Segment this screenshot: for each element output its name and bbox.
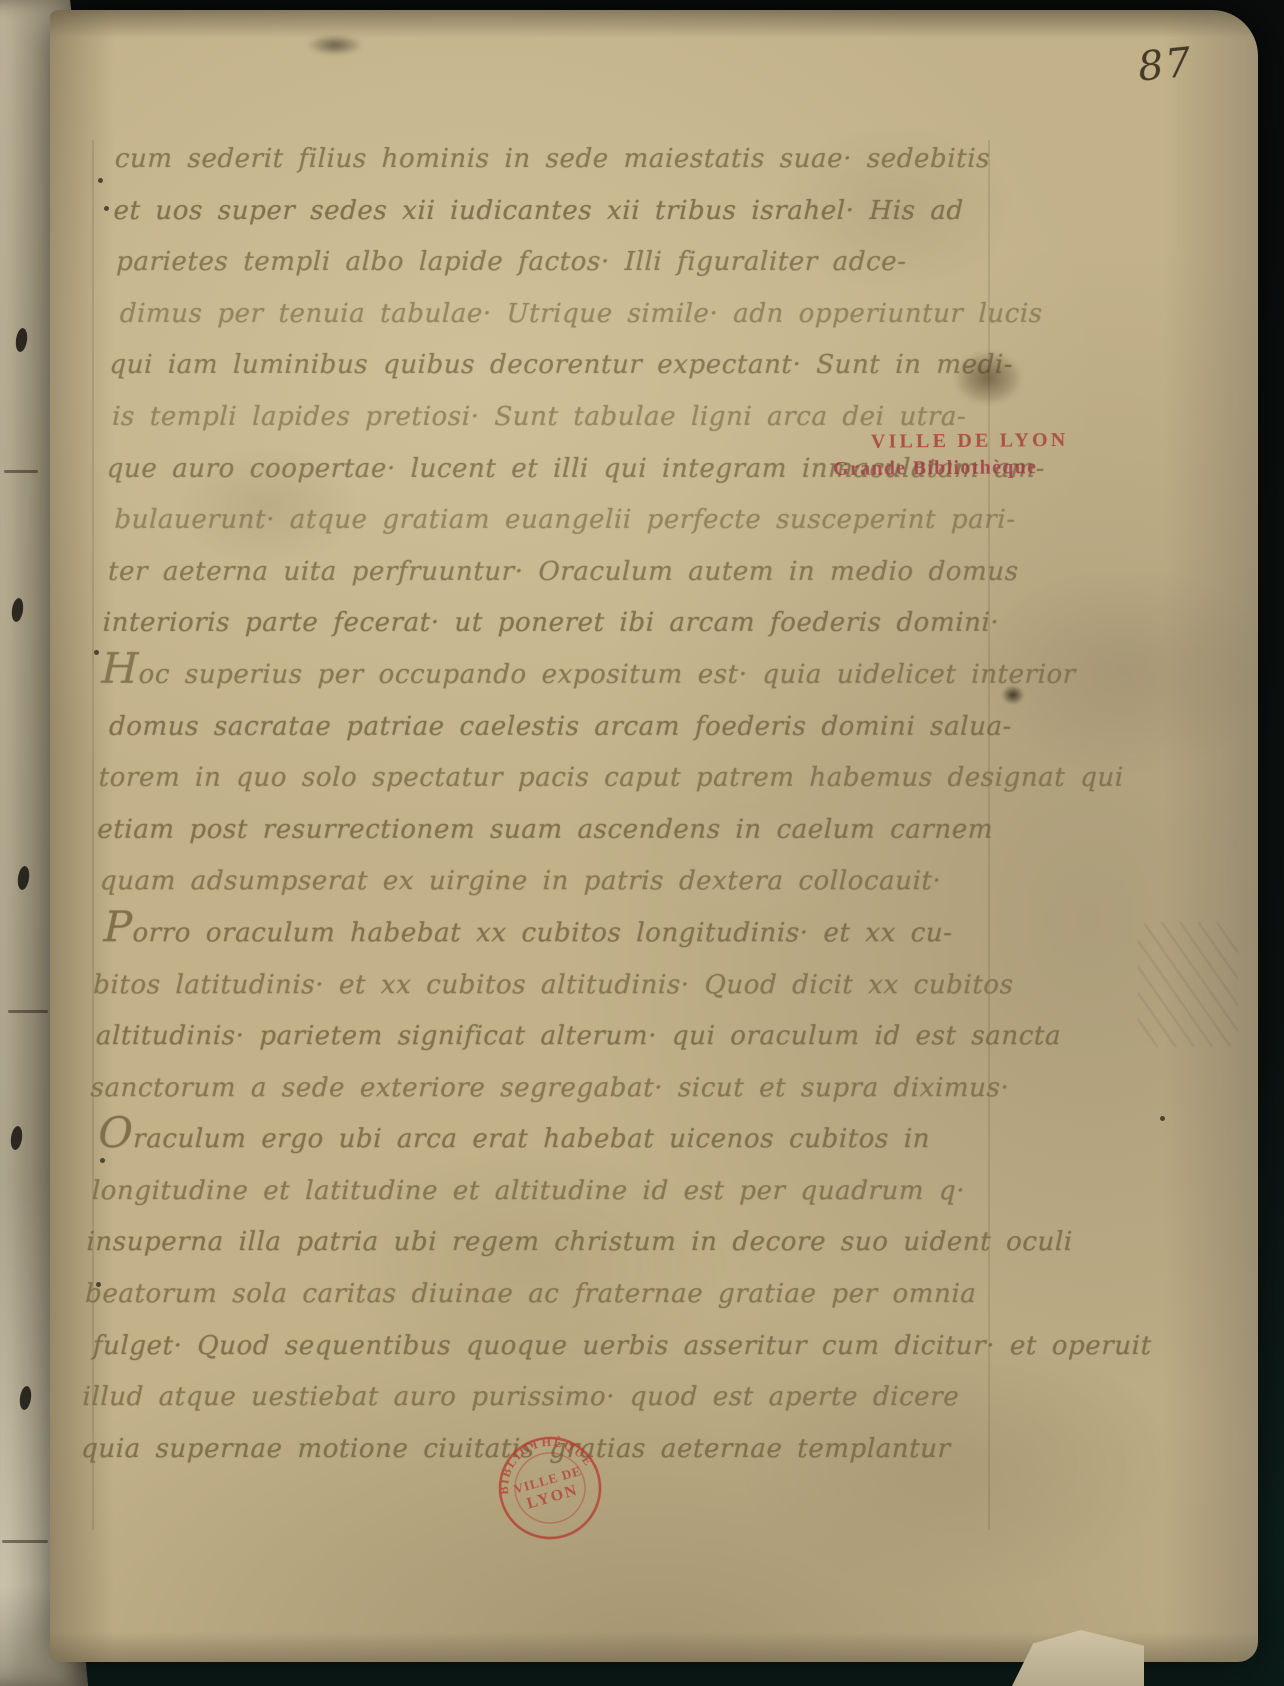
text-line: ter aeterna uita perfruuntur· Oraculum a…	[103, 547, 990, 599]
stitch-hole	[18, 1385, 32, 1410]
stitch-hole	[16, 865, 30, 890]
text-line: domus sacratae patriae caelestis arcam f…	[99, 702, 986, 754]
margin-pen-trials	[1138, 922, 1238, 1047]
text-line: quam adsumpserat ex uirgine in patris de…	[95, 856, 982, 908]
speck	[100, 1158, 105, 1163]
library-stamp-name: Grande Bibliothèque	[833, 456, 1069, 481]
speck	[96, 1282, 101, 1287]
speck	[1160, 1116, 1165, 1121]
text-line: torem in quo solo spectatur pacis caput …	[98, 753, 985, 805]
text-line: parietes templi albo lapide factos· Illi…	[112, 237, 999, 289]
text-line: bitos latitudinis· et xx cubitos altitud…	[93, 960, 980, 1012]
text-line: insuperna illa patria ubi regem christum…	[86, 1217, 973, 1269]
text-line: altitudinis· parietem significat alterum…	[91, 1011, 978, 1063]
text-line: bulauerunt· atque gratiam euangelii perf…	[105, 495, 992, 547]
text-line: etiam post resurrectionem suam ascendens…	[97, 805, 984, 857]
manuscript-page: 87 cum sederit filius hominis in sede ma…	[50, 10, 1258, 1662]
speck	[94, 650, 99, 655]
binding-crack	[8, 1010, 48, 1013]
text-line: et uos super sedes xii iudicantes xii tr…	[113, 186, 1000, 238]
text-line: interioris parte fecerat· ut poneret ibi…	[102, 598, 989, 650]
binding-crack	[4, 470, 38, 473]
library-stamp: VILLE DE LYON Grande Bibliothèque	[833, 429, 1069, 481]
stitch-hole	[10, 597, 24, 622]
binding-crack	[2, 1540, 48, 1543]
text-line: Porro oraculum habebat xx cubitos longit…	[94, 908, 981, 960]
speck	[98, 178, 103, 183]
stitch-hole	[14, 327, 28, 352]
manuscript-photo: 87 cum sederit filius hominis in sede ma…	[0, 0, 1284, 1686]
text-line: Oraculum ergo ubi arca erat habebat uice…	[89, 1114, 976, 1166]
text-line: dimus per tenuia tabulae· Utrique simile…	[110, 289, 997, 341]
edge-stain	[300, 32, 370, 58]
manuscript-text-block: cum sederit filius hominis in sede maies…	[80, 134, 1001, 1475]
stitch-hole	[9, 1125, 23, 1150]
text-line: Hoc superius per occupando expositum est…	[101, 650, 988, 702]
text-line: sanctorum a sede exteriore segregabat· s…	[90, 1063, 977, 1115]
text-line: fulget· Quod sequentibus quoque uerbis a…	[83, 1321, 970, 1373]
text-line: beatorum sola caritas diuinae ac fratern…	[84, 1269, 971, 1321]
text-line: illud atque uestiebat auro purissimo· qu…	[82, 1372, 969, 1424]
folio-number: 87	[1136, 39, 1195, 90]
text-line: qui iam luminibus quibus decorentur expe…	[109, 340, 996, 392]
text-line: longitudine et latitudine et altitudine …	[87, 1166, 974, 1218]
text-line: cum sederit filius hominis in sede maies…	[114, 134, 1001, 186]
library-stamp-city: VILLE DE LYON	[871, 429, 1069, 454]
speck	[104, 206, 109, 211]
